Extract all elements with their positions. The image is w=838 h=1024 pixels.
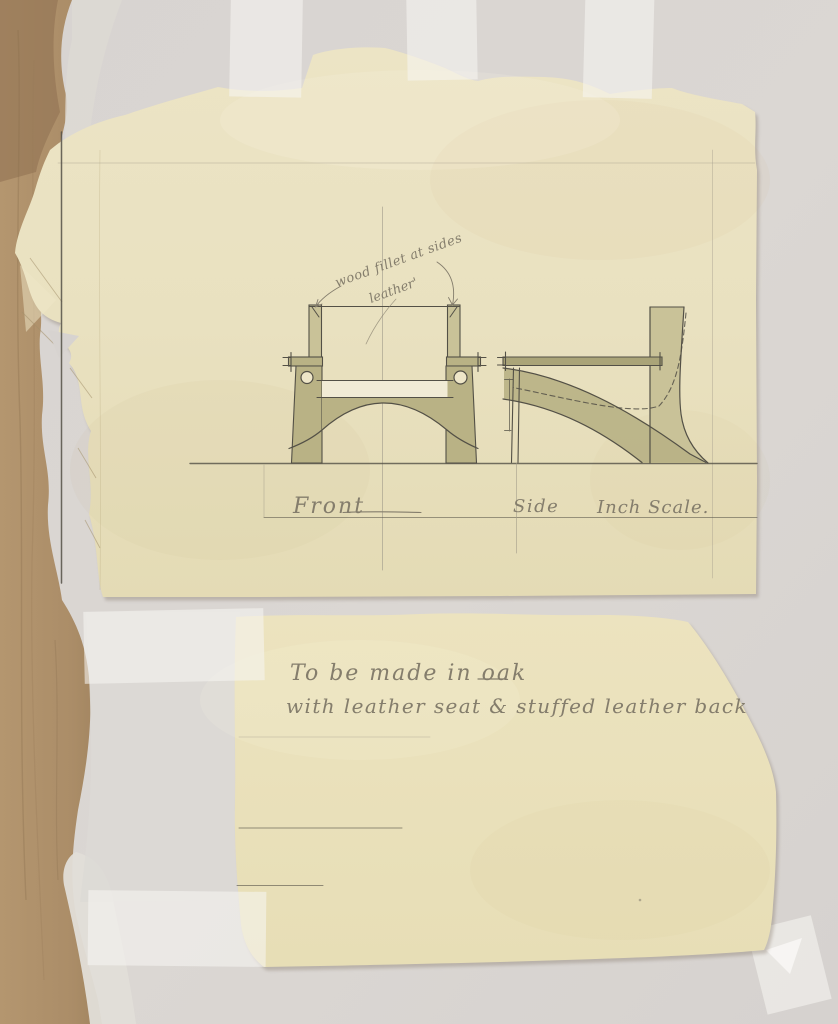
scan-canvas: wood fillet at sides leather' Front Side… <box>0 0 838 1024</box>
tape-top-3 <box>583 0 655 99</box>
note-line1: To be made in oak <box>290 661 527 686</box>
label-front: Front <box>292 494 365 519</box>
tape-bottom-left <box>88 890 267 967</box>
tape-top-1 <box>229 0 303 98</box>
archival-scan: wood fillet at sides leather' Front Side… <box>0 0 838 1024</box>
peg-left <box>301 372 313 384</box>
tape-mid-left <box>83 608 264 684</box>
tape-top-2 <box>406 0 477 81</box>
peg-right <box>454 371 467 384</box>
label-inch-scale: Inch Scale. <box>596 497 709 518</box>
seat-band <box>322 380 448 398</box>
note-line2: with leather seat & stuffed leather back <box>286 694 748 718</box>
label-side: Side <box>513 496 559 517</box>
